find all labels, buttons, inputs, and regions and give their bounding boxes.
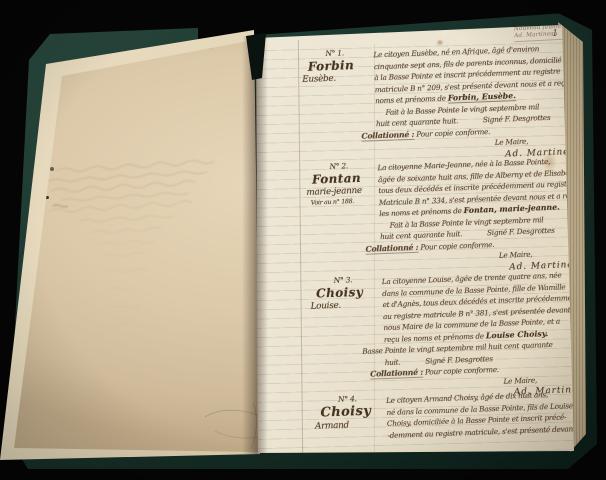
collationne-rest: Pour copie conforme. xyxy=(423,365,499,377)
entry-body: Le citoyen Armand Choisy, âgé de dix hui… xyxy=(386,388,588,441)
entry-surname: Forbin xyxy=(302,57,372,74)
entry-body: La citoyenne Marie-Jeanne, née à la Bass… xyxy=(377,155,581,279)
scanned-register-spread: Nouveau feuillet Ad. Martineau 1 N° 1. F… xyxy=(0,0,606,480)
gutter-shadow xyxy=(242,36,268,454)
entry-margin: N° 2. Fontan marie-jeanne Voir au n° 188… xyxy=(305,160,377,207)
collationne-label: Collationné : xyxy=(370,368,423,380)
entry-firstname: marie-jeanne xyxy=(306,185,376,198)
collationne-label: Collationné : xyxy=(361,130,414,142)
handwritten-entries: N° 1. Forbin Eusèbe. Le citoyen Eusèbe, … xyxy=(299,34,591,458)
entry-body: Le citoyen Eusèbe, né en Afrique, âgé d'… xyxy=(373,42,577,166)
collationne-rest: Pour copie conforme. xyxy=(414,127,490,139)
new-name-emphasis: Louise Choisy. xyxy=(486,329,548,340)
entry-body: La citoyenne Louise, âgée de trente quat… xyxy=(382,269,587,404)
entry-surname: Fontan xyxy=(306,170,376,187)
entry-margin: N° 3. Choisy Louise. xyxy=(310,274,381,312)
entry-surname: Choisy xyxy=(314,403,385,421)
entry-margin: N° 1. Forbin Eusèbe. xyxy=(301,47,372,85)
ink-speck xyxy=(50,167,54,171)
new-name-emphasis: Fontan, marie-jeanne. xyxy=(464,203,560,216)
entry-surname: Choisy xyxy=(310,284,380,301)
entry-margin-note: Voir au n° 188. xyxy=(307,197,377,207)
collationne-label: Collationné : xyxy=(365,243,418,255)
ink-bleedthrough xyxy=(11,141,265,385)
name-line-prefix: noms et prénoms de xyxy=(375,94,448,106)
entry-margin: N° 4. Choisy Armand xyxy=(314,393,385,432)
entry-firstname: Louise. xyxy=(310,299,380,312)
collationne-rest: Pour copie conforme. xyxy=(418,240,494,252)
entry-firstname: Armand xyxy=(315,419,385,432)
entry-firstname: Eusèbe. xyxy=(302,72,372,85)
